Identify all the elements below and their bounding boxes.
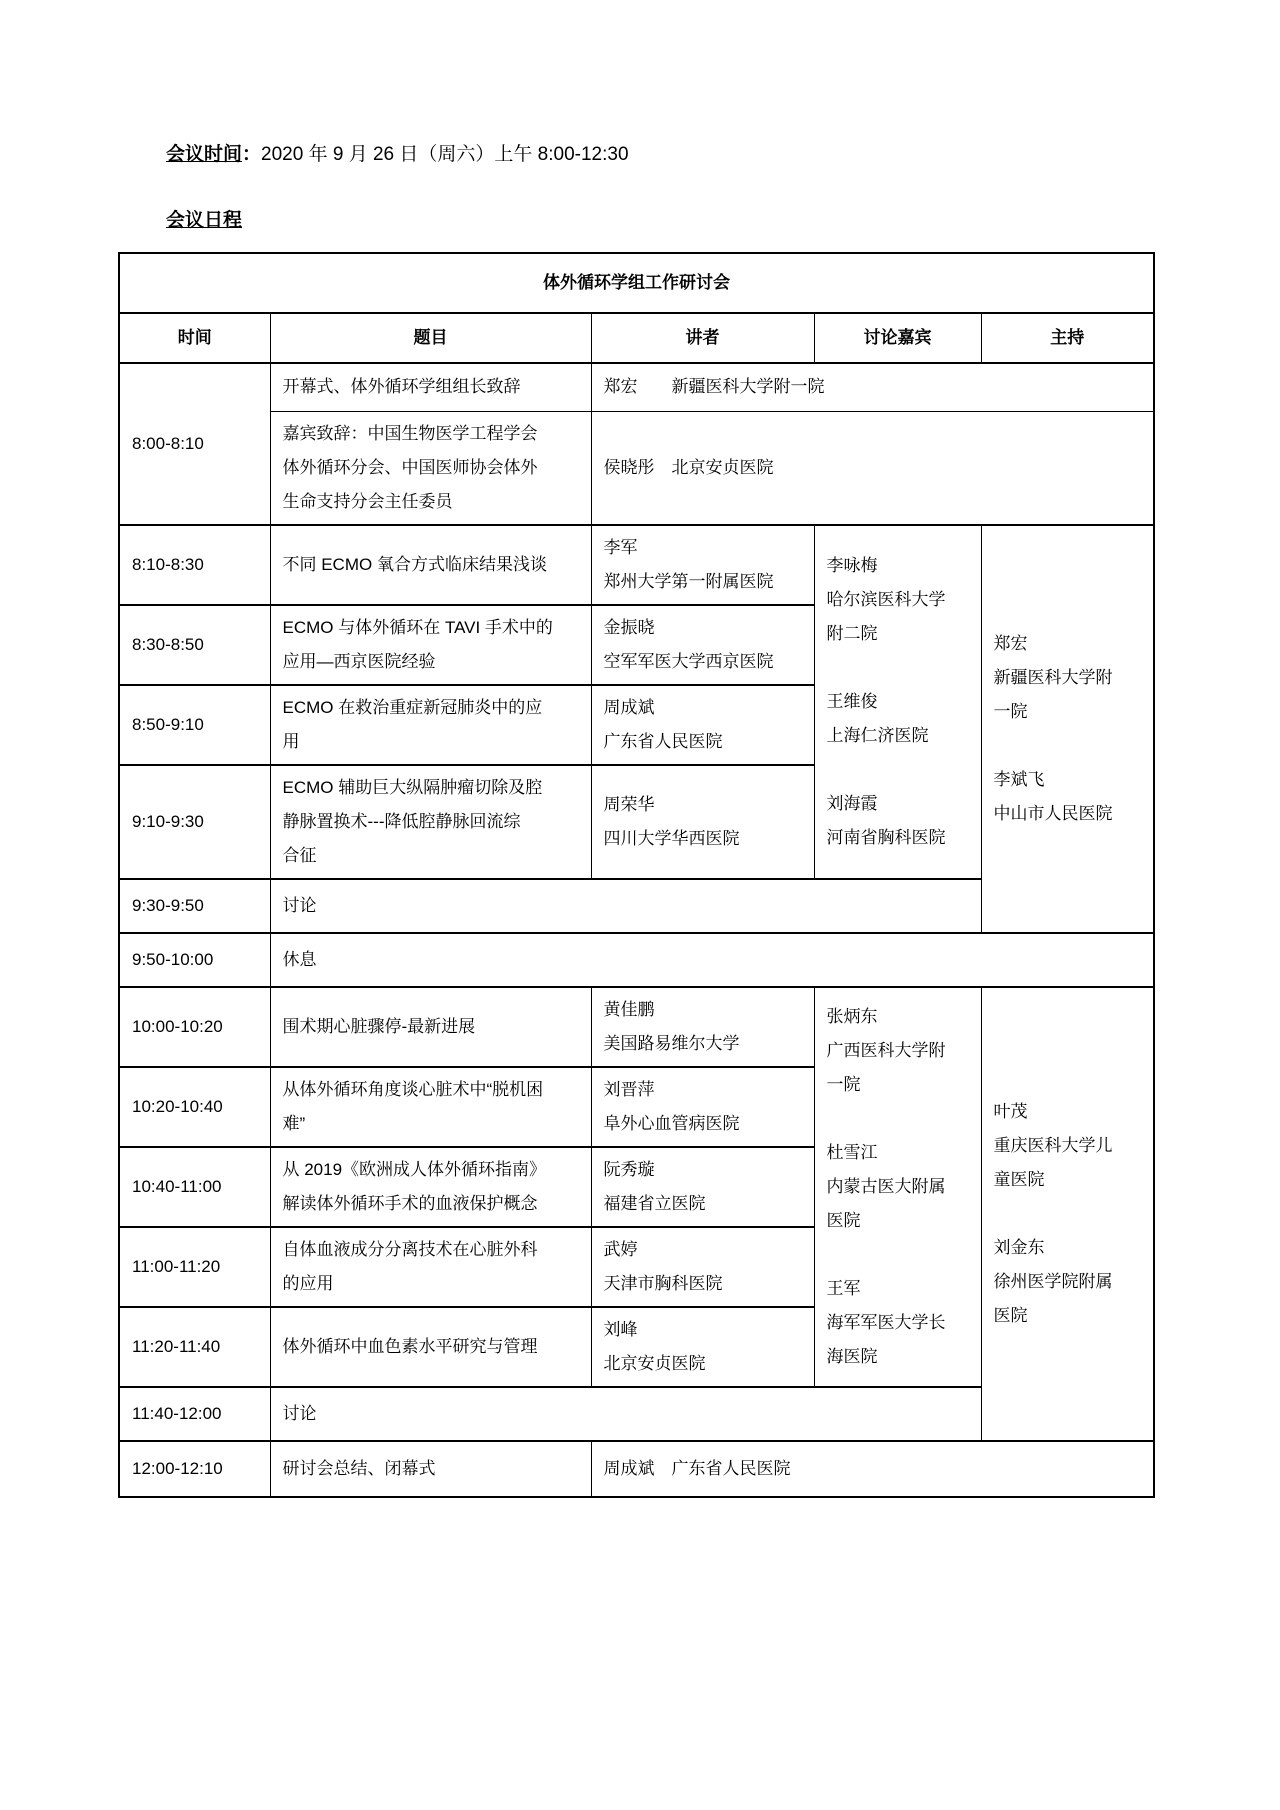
topic-cell-r4: ECMO 在救治重症新冠肺炎中的应 用 (270, 685, 591, 765)
speaker-cell-r3: 金振晓 空军军医大学西京医院 (591, 605, 814, 685)
table-title: 体外循环学组工作研讨会 (119, 253, 1154, 313)
time-cell-1020: 10:20-10:40 (119, 1067, 270, 1147)
topic-cell-r10: 从 2019《欧洲成人体外循环指南》 解读体外循环手术的血液保护概念 (270, 1147, 591, 1227)
time-cell-1040: 10:40-11:00 (119, 1147, 270, 1227)
time-cell-1200: 12:00-12:10 (119, 1441, 270, 1497)
topic-cell-guest-address: 嘉宾致辞：中国生物医学工程学会 体外循环分会、中国医师协会体外 生命支持分会主任… (270, 411, 591, 525)
meeting-time-label: 会议时间 (166, 144, 242, 165)
time-cell-0800: 8:00-8:10 (119, 363, 270, 525)
meeting-time-colon: ： (242, 144, 261, 165)
time-cell-0850: 8:50-9:10 (119, 685, 270, 765)
speaker-cell-r4: 周成斌 广东省人民医院 (591, 685, 814, 765)
agenda-table: 体外循环学组工作研讨会 时间 题目 讲者 讨论嘉宾 主持 8:00-8:10 开… (118, 252, 1155, 1498)
col-header-time: 时间 (119, 313, 270, 363)
time-cell-0830: 8:30-8:50 (119, 605, 270, 685)
table-row: 12:00-12:10 研讨会总结、闭幕式 周成斌 广东省人民医院 (119, 1441, 1154, 1497)
table-row: 8:10-8:30 不同 ECMO 氧合方式临床结果浅谈 李军 郑州大学第一附属… (119, 525, 1154, 605)
topic-cell-discussion1: 讨论 (270, 879, 981, 933)
speaker-cell-r12: 刘峰 北京安贞医院 (591, 1307, 814, 1387)
topic-cell-closing: 研讨会总结、闭幕式 (270, 1441, 591, 1497)
speaker-cell-r5: 周荣华 四川大学华西医院 (591, 765, 814, 879)
guests-cell-block2: 张炳东 广西医科大学附 一院 杜雪江 内蒙古医大附属 医院 王军 海军军医大学长… (814, 987, 981, 1387)
time-cell-0950: 9:50-10:00 (119, 933, 270, 987)
topic-cell-break: 休息 (270, 933, 1154, 987)
time-cell-1100: 11:00-11:20 (119, 1227, 270, 1307)
speaker-cell-r2: 李军 郑州大学第一附属医院 (591, 525, 814, 605)
col-header-speaker: 讲者 (591, 313, 814, 363)
col-header-host: 主持 (981, 313, 1154, 363)
hosts-cell-block1: 郑宏 新疆医科大学附 一院 李斌飞 中山市人民医院 (981, 525, 1154, 933)
table-row: 10:00-10:20 围术期心脏骤停-最新进展 黄佳鹏 美国路易维尔大学 张炳… (119, 987, 1154, 1067)
time-cell-0930: 9:30-9:50 (119, 879, 270, 933)
topic-cell-r5: ECMO 辅助巨大纵隔肿瘤切除及腔 静脉置换术---降低腔静脉回流综 合征 (270, 765, 591, 879)
speaker-cell-r11: 武婷 天津市胸科医院 (591, 1227, 814, 1307)
meeting-time-value: 2020 年 9 月 26 日（周六）上午 8:00-12:30 (261, 144, 629, 165)
speaker-cell-r9: 刘晋萍 阜外心血管病医院 (591, 1067, 814, 1147)
time-cell-1140: 11:40-12:00 (119, 1387, 270, 1441)
guests-cell-block1: 李咏梅 哈尔滨医科大学 附二院 王维俊 上海仁济医院 刘海霞 河南省胸科医院 (814, 525, 981, 879)
hosts-cell-block2: 叶茂 重庆医科大学儿 童医院 刘金东 徐州医学院附属 医院 (981, 987, 1154, 1441)
topic-cell-opening: 开幕式、体外循环学组组长致辞 (270, 363, 591, 411)
time-cell-1000: 10:00-10:20 (119, 987, 270, 1067)
speaker-cell-opening: 郑宏 新疆医科大学附一院 (591, 363, 1154, 411)
col-header-guests: 讨论嘉宾 (814, 313, 981, 363)
topic-cell-r3: ECMO 与体外循环在 TAVI 手术中的 应用—西京医院经验 (270, 605, 591, 685)
speaker-cell-r8: 黄佳鹏 美国路易维尔大学 (591, 987, 814, 1067)
speaker-cell-guest-address: 侯晓彤 北京安贞医院 (591, 411, 1154, 525)
table-title-row: 体外循环学组工作研讨会 (119, 253, 1154, 313)
table-header-row: 时间 题目 讲者 讨论嘉宾 主持 (119, 313, 1154, 363)
meeting-time-line: 会议时间：2020 年 9 月 26 日（周六）上午 8:00-12:30 (166, 142, 1153, 168)
time-cell-0810: 8:10-8:30 (119, 525, 270, 605)
topic-cell-r9: 从体外循环角度谈心脏术中“脱机困 难” (270, 1067, 591, 1147)
table-row: 嘉宾致辞：中国生物医学工程学会 体外循环分会、中国医师协会体外 生命支持分会主任… (119, 411, 1154, 525)
topic-cell-r12: 体外循环中血色素水平研究与管理 (270, 1307, 591, 1387)
speaker-cell-closing: 周成斌 广东省人民医院 (591, 1441, 1154, 1497)
time-cell-1120: 11:20-11:40 (119, 1307, 270, 1387)
document-page: 会议时间：2020 年 9 月 26 日（周六）上午 8:00-12:30 会议… (0, 0, 1280, 1810)
topic-cell-r8: 围术期心脏骤停-最新进展 (270, 987, 591, 1067)
speaker-cell-r10: 阮秀璇 福建省立医院 (591, 1147, 814, 1227)
agenda-heading: 会议日程 (166, 208, 1153, 234)
time-cell-0910: 9:10-9:30 (119, 765, 270, 879)
topic-cell-r11: 自体血液成分分离技术在心脏外科 的应用 (270, 1227, 591, 1307)
topic-cell-r2: 不同 ECMO 氧合方式临床结果浅谈 (270, 525, 591, 605)
table-row: 8:00-8:10 开幕式、体外循环学组组长致辞 郑宏 新疆医科大学附一院 (119, 363, 1154, 411)
col-header-topic: 题目 (270, 313, 591, 363)
table-row: 9:50-10:00 休息 (119, 933, 1154, 987)
topic-cell-discussion2: 讨论 (270, 1387, 981, 1441)
